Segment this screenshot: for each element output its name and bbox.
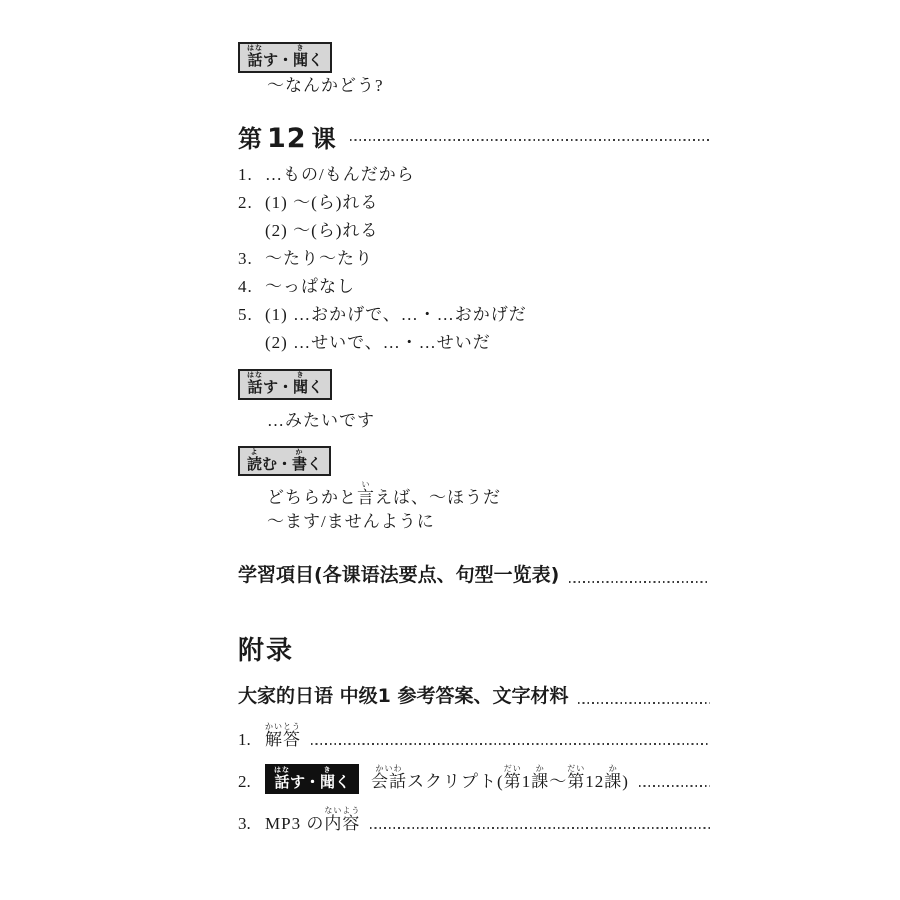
lesson-title-number: 12 — [267, 123, 307, 154]
grammar-item: 2. (1) 〜(ら)れる — [238, 189, 712, 217]
item-text: 解答かいとう — [265, 722, 301, 752]
dotted-leader — [370, 827, 710, 829]
grammar-item-sub: (2) 〜(ら)れる — [238, 217, 712, 245]
grammar-item: 5. (1) …おかげで、…・…おかげだ — [238, 301, 712, 329]
speak-listen-tag: 話はなす・聞きく — [238, 42, 332, 73]
item-number: 3. — [238, 812, 265, 836]
grammar-item: 1. …もの/もんだから — [238, 161, 712, 189]
read-write-tag: 読よむ・書かく — [238, 446, 331, 477]
grammar-line-dochiraka: どちらかと言いえば、〜ほうだ — [238, 480, 712, 508]
item-text: …もの/もんだから — [265, 161, 712, 189]
dotted-leader — [569, 581, 710, 583]
dotted-leader — [350, 139, 710, 141]
item-number — [238, 217, 265, 245]
appendix-item-script: 2. 話はなす・聞きく 会話かいわスクリプト(第だい1課か〜第だい12課か) — [238, 758, 712, 794]
item-text: (2) 〜(ら)れる — [265, 217, 712, 245]
book-page: 話はなす・聞きく 〜なんかどう? 第 12 课 1. …もの/もんだから 2. … — [0, 0, 900, 900]
grammar-line-masuyouni: 〜ます/ませんように — [238, 508, 712, 536]
item-text: (1) 〜(ら)れる — [265, 189, 712, 217]
appendix-subtitle-row: 大家的日语 中级1 参考答案、文字材料 — [238, 684, 712, 708]
item-text: 会話かいわスクリプト(第だい1課か〜第だい12課か) — [371, 764, 629, 794]
item-number: 3. — [238, 245, 265, 273]
item-number: 5. — [238, 301, 265, 329]
item-number: 4. — [238, 273, 265, 301]
lesson-12-heading: 第 12 课 — [238, 119, 712, 149]
item-number — [238, 329, 265, 357]
appendix-title: 附录 — [238, 636, 712, 666]
appendix-item-kaitou: 1. 解答かいとう — [238, 716, 712, 752]
item-number: 1. — [238, 161, 265, 189]
grammar-line-mitaidesu: …みたいです — [238, 408, 712, 434]
grammar-line-nankadou: 〜なんかどう? — [238, 73, 712, 99]
lesson-title-prefix: 第 — [238, 119, 262, 154]
grammar-item: 3. 〜たり〜たり — [238, 245, 712, 273]
grammar-item: 4. 〜っぱなし — [238, 273, 712, 301]
item-text: (1) …おかげで、…・…おかげだ — [265, 301, 712, 329]
appendix-item-mp3: 3. MP3 の内容ないよう — [238, 800, 712, 836]
grammar-item-sub: (2) …せいで、…・…せいだ — [238, 329, 712, 357]
speak-listen-tag-inverted: 話はなす・聞きく — [265, 764, 359, 795]
dotted-leader — [578, 702, 710, 704]
item-number: 1. — [238, 728, 265, 752]
item-text: 〜たり〜たり — [265, 245, 712, 273]
item-text: 〜っぱなし — [265, 273, 712, 301]
lesson-title-suffix: 课 — [312, 119, 336, 154]
speak-listen-tag: 話はなす・聞きく — [238, 369, 332, 400]
item-number: 2. — [238, 770, 265, 794]
dotted-leader — [639, 785, 710, 787]
item-number: 2. — [238, 189, 265, 217]
study-items-label: 学習項目(各课语法要点、句型一览表) — [238, 562, 559, 588]
item-text: (2) …せいで、…・…せいだ — [265, 329, 712, 357]
item-text: MP3 の内容ないよう — [265, 806, 360, 836]
study-items-heading: 学習項目(各课语法要点、句型一览表) — [238, 562, 712, 588]
dotted-leader — [311, 743, 710, 745]
appendix-subtitle: 大家的日语 中级1 参考答案、文字材料 — [238, 684, 568, 708]
toc-content: 話はなす・聞きく 〜なんかどう? 第 12 课 1. …もの/もんだから 2. … — [238, 42, 712, 836]
grammar-point-list: 1. …もの/もんだから 2. (1) 〜(ら)れる (2) 〜(ら)れる 3.… — [238, 161, 712, 357]
